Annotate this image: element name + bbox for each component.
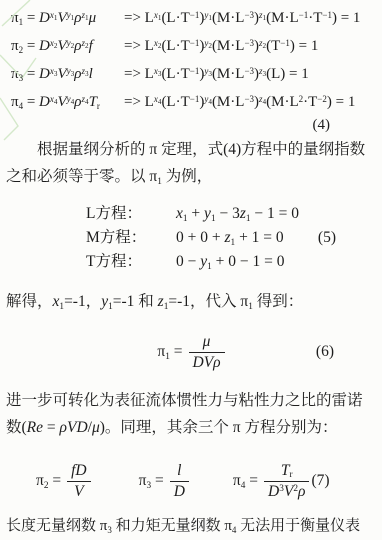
equation-pi1-rhs: => Lx1(L·T−1)y1(M·L−3)z1(M·L−1·T−1) = 1 — [124, 4, 360, 32]
document-page: π1 = Dx1Vy1ρz1μ => Lx1(L·T−1)y1(M·L−3)z1… — [0, 0, 382, 540]
equation-L-expr: x1 + y1 − 3z1 − 1 = 0 — [176, 202, 299, 226]
equation-number-5: (5) — [318, 226, 336, 250]
equation-L-row: L方程： x1 + y1 − 3z1 − 1 = 0 — [86, 202, 376, 226]
equation-pi4-lhs: π4 = Dx4Vy4ρz4Tr — [11, 88, 124, 116]
fraction-numerator: Tr — [264, 462, 309, 482]
equation-pi1-dimensional: π1 = Dx1Vy1ρz1μ => Lx1(L·T−1)y1(M·L−3)z1… — [6, 4, 376, 32]
fraction-pi4: Tr D3V2ρ — [264, 462, 309, 501]
paragraph-pi-theorem: 根据量纲分析的 π 定理，式(4)方程中的量纲指数之和必须等于零。以 π1 为例… — [6, 136, 376, 190]
equation-pi3-dimensional: π3 = Dx3Vy3ρz3l => Lx3(L·T−1)y3(M·L−3)z3… — [6, 60, 376, 88]
fraction-pi2: fD V — [67, 462, 91, 501]
equation-pi1-symbol: π1 = — [157, 343, 182, 361]
fraction-denominator: DVρ — [189, 353, 225, 372]
equation-pi3-rhs: => Lx3(L·T−1)y3(M·L−3)z3(L) = 1 — [124, 60, 309, 88]
equation-number-7: (7) — [311, 472, 329, 490]
paragraph-footer: 长度无量纲数 π3 和力矩无量纲数 π4 无法用于衡量仪表 — [6, 513, 376, 540]
equation-pi3-symbol: π3 = — [139, 472, 164, 490]
fraction-numerator: μ — [189, 333, 225, 353]
equation-pi3: π3 = l D — [139, 462, 189, 501]
equation-M-expr: 0 + 0 + z1 + 1 = 0 — [176, 226, 284, 250]
fraction-denominator: V — [67, 482, 91, 501]
equation-pi2: π2 = fD V — [36, 462, 91, 501]
equation-block-5: L方程： x1 + y1 − 3z1 − 1 = 0 M方程： 0 + 0 + … — [86, 202, 376, 274]
equation-block-6: π1 = μ DVρ (6) — [6, 325, 376, 379]
equation-pi1-lhs: π1 = Dx1Vy1ρz1μ — [11, 4, 124, 32]
equation-T-label: T方程： — [86, 250, 176, 274]
fraction-pi1: μ DVρ — [189, 333, 225, 372]
equation-number-4: (4) — [6, 116, 376, 134]
equation-pi4-rhs: => Lx4(L·T−1)y4(M·L−3)z4(M·L2·T−2) = 1 — [124, 88, 355, 116]
fraction-numerator: fD — [67, 462, 91, 482]
equation-block-4: π1 = Dx1Vy1ρz1μ => Lx1(L·T−1)y1(M·L−3)z1… — [6, 4, 376, 134]
equation-pi4: π4 = Tr D3V2ρ — [233, 462, 310, 501]
equation-pi4-symbol: π4 = — [233, 472, 258, 490]
equation-pi2-rhs: => Lx2(L·T−1)y2(M·L−3)z2(T−1) = 1 — [124, 32, 318, 60]
equation-block-7: π2 = fD V π3 = l D π4 = Tr D3V2ρ (7) — [6, 453, 376, 509]
equation-pi2-lhs: π2 = Dx2Vy2ρz2f — [11, 32, 124, 60]
equation-pi4-dimensional: π4 = Dx4Vy4ρz4Tr => Lx4(L·T−1)y4(M·L−3)z… — [6, 88, 376, 116]
equation-pi3-lhs: π3 = Dx3Vy3ρz3l — [11, 60, 124, 88]
fraction-pi3: l D — [170, 462, 189, 501]
fraction-numerator: l — [170, 462, 189, 482]
equation-pi2-symbol: π2 = — [36, 472, 61, 490]
equation-T-row: T方程： 0 − y1 + 0 − 1 = 0 — [86, 250, 376, 274]
paragraph-solution: 解得，x1=-1，y1=-1 和 z1=-1，代入 π1 得到： — [6, 288, 376, 315]
equation-L-label: L方程： — [86, 202, 176, 226]
equation-number-6: (6) — [316, 343, 334, 361]
paragraph-reynolds: 进一步可转化为表征流体惯性力与粘性力之比的雷诺数(Re = ρVD/μ)。同理，… — [6, 387, 376, 441]
fraction-denominator: D3V2ρ — [264, 482, 309, 501]
equation-T-expr: 0 − y1 + 0 − 1 = 0 — [176, 250, 285, 274]
equation-pi2-dimensional: π2 = Dx2Vy2ρz2f => Lx2(L·T−1)y2(M·L−3)z2… — [6, 32, 376, 60]
equation-M-label: M方程： — [86, 226, 176, 250]
fraction-denominator: D — [170, 482, 189, 501]
